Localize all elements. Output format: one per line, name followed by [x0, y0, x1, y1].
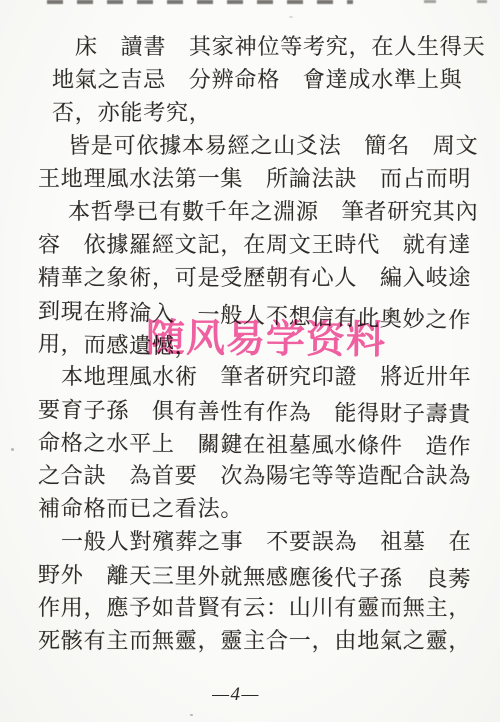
- text-line: 容 依據羅經文記，在周文王時代 就有達: [38, 228, 490, 261]
- text-line: 要育子孫 俱有善性有作為 能得財子壽貴: [38, 393, 490, 431]
- page-top-cutoff-text-fragments: [477, 0, 487, 3]
- watermark: 随风易学资料: [146, 307, 386, 365]
- page-top-cutoff-text-fragments: [47, 0, 353, 4]
- page-number: —4—: [212, 684, 260, 706]
- text-line: 作用，應予如昔賢有云：山川有靈而無主，: [38, 591, 490, 624]
- scan-speck: [11, 448, 14, 451]
- text-line: 之合訣 為首要 次為陽宅等等造配合訣為: [38, 459, 490, 492]
- page-top-cutoff-text-fragments: [424, 0, 436, 3]
- text-line: 死骸有主而無靈，靈主合一，由地氣之靈，: [38, 624, 490, 657]
- scan-speck: [289, 16, 293, 18]
- text-line: 野外 離天三里外就無感應後代子孫 良莠: [38, 558, 490, 596]
- scanned-book-page: 床 讀書 其家神位等考究，在人生得天 地氣之吉忌 分辨命格 會達成水準上與 否，…: [0, 0, 500, 722]
- text-line: 床 讀書 其家神位等考究，在人生得天: [52, 30, 490, 63]
- text-line: 地氣之吉忌 分辨命格 會達成水準上與: [52, 63, 490, 96]
- text-line: 精華之象術，可是受歷朝有心人 編入岐途: [38, 261, 490, 294]
- text-line: 一般人對殯葬之事 不要誤為 祖墓 在: [38, 525, 490, 558]
- text-line: 命格之水平上 關鍵在祖墓風水條件 造作: [38, 426, 490, 463]
- text-line: 補命格而已之看法。: [38, 492, 490, 525]
- text-line: 王地理風水法第一集 所論法訣 而占而明: [38, 162, 490, 195]
- text-line: 否，亦能考究，: [52, 96, 490, 129]
- text-line: 皆是可依據本易經之山爻法 簡名 周文: [45, 129, 490, 162]
- text-line: 本哲學已有數千年之淵源 筆者研究其內: [45, 195, 490, 228]
- scan-speck: [190, 714, 193, 716]
